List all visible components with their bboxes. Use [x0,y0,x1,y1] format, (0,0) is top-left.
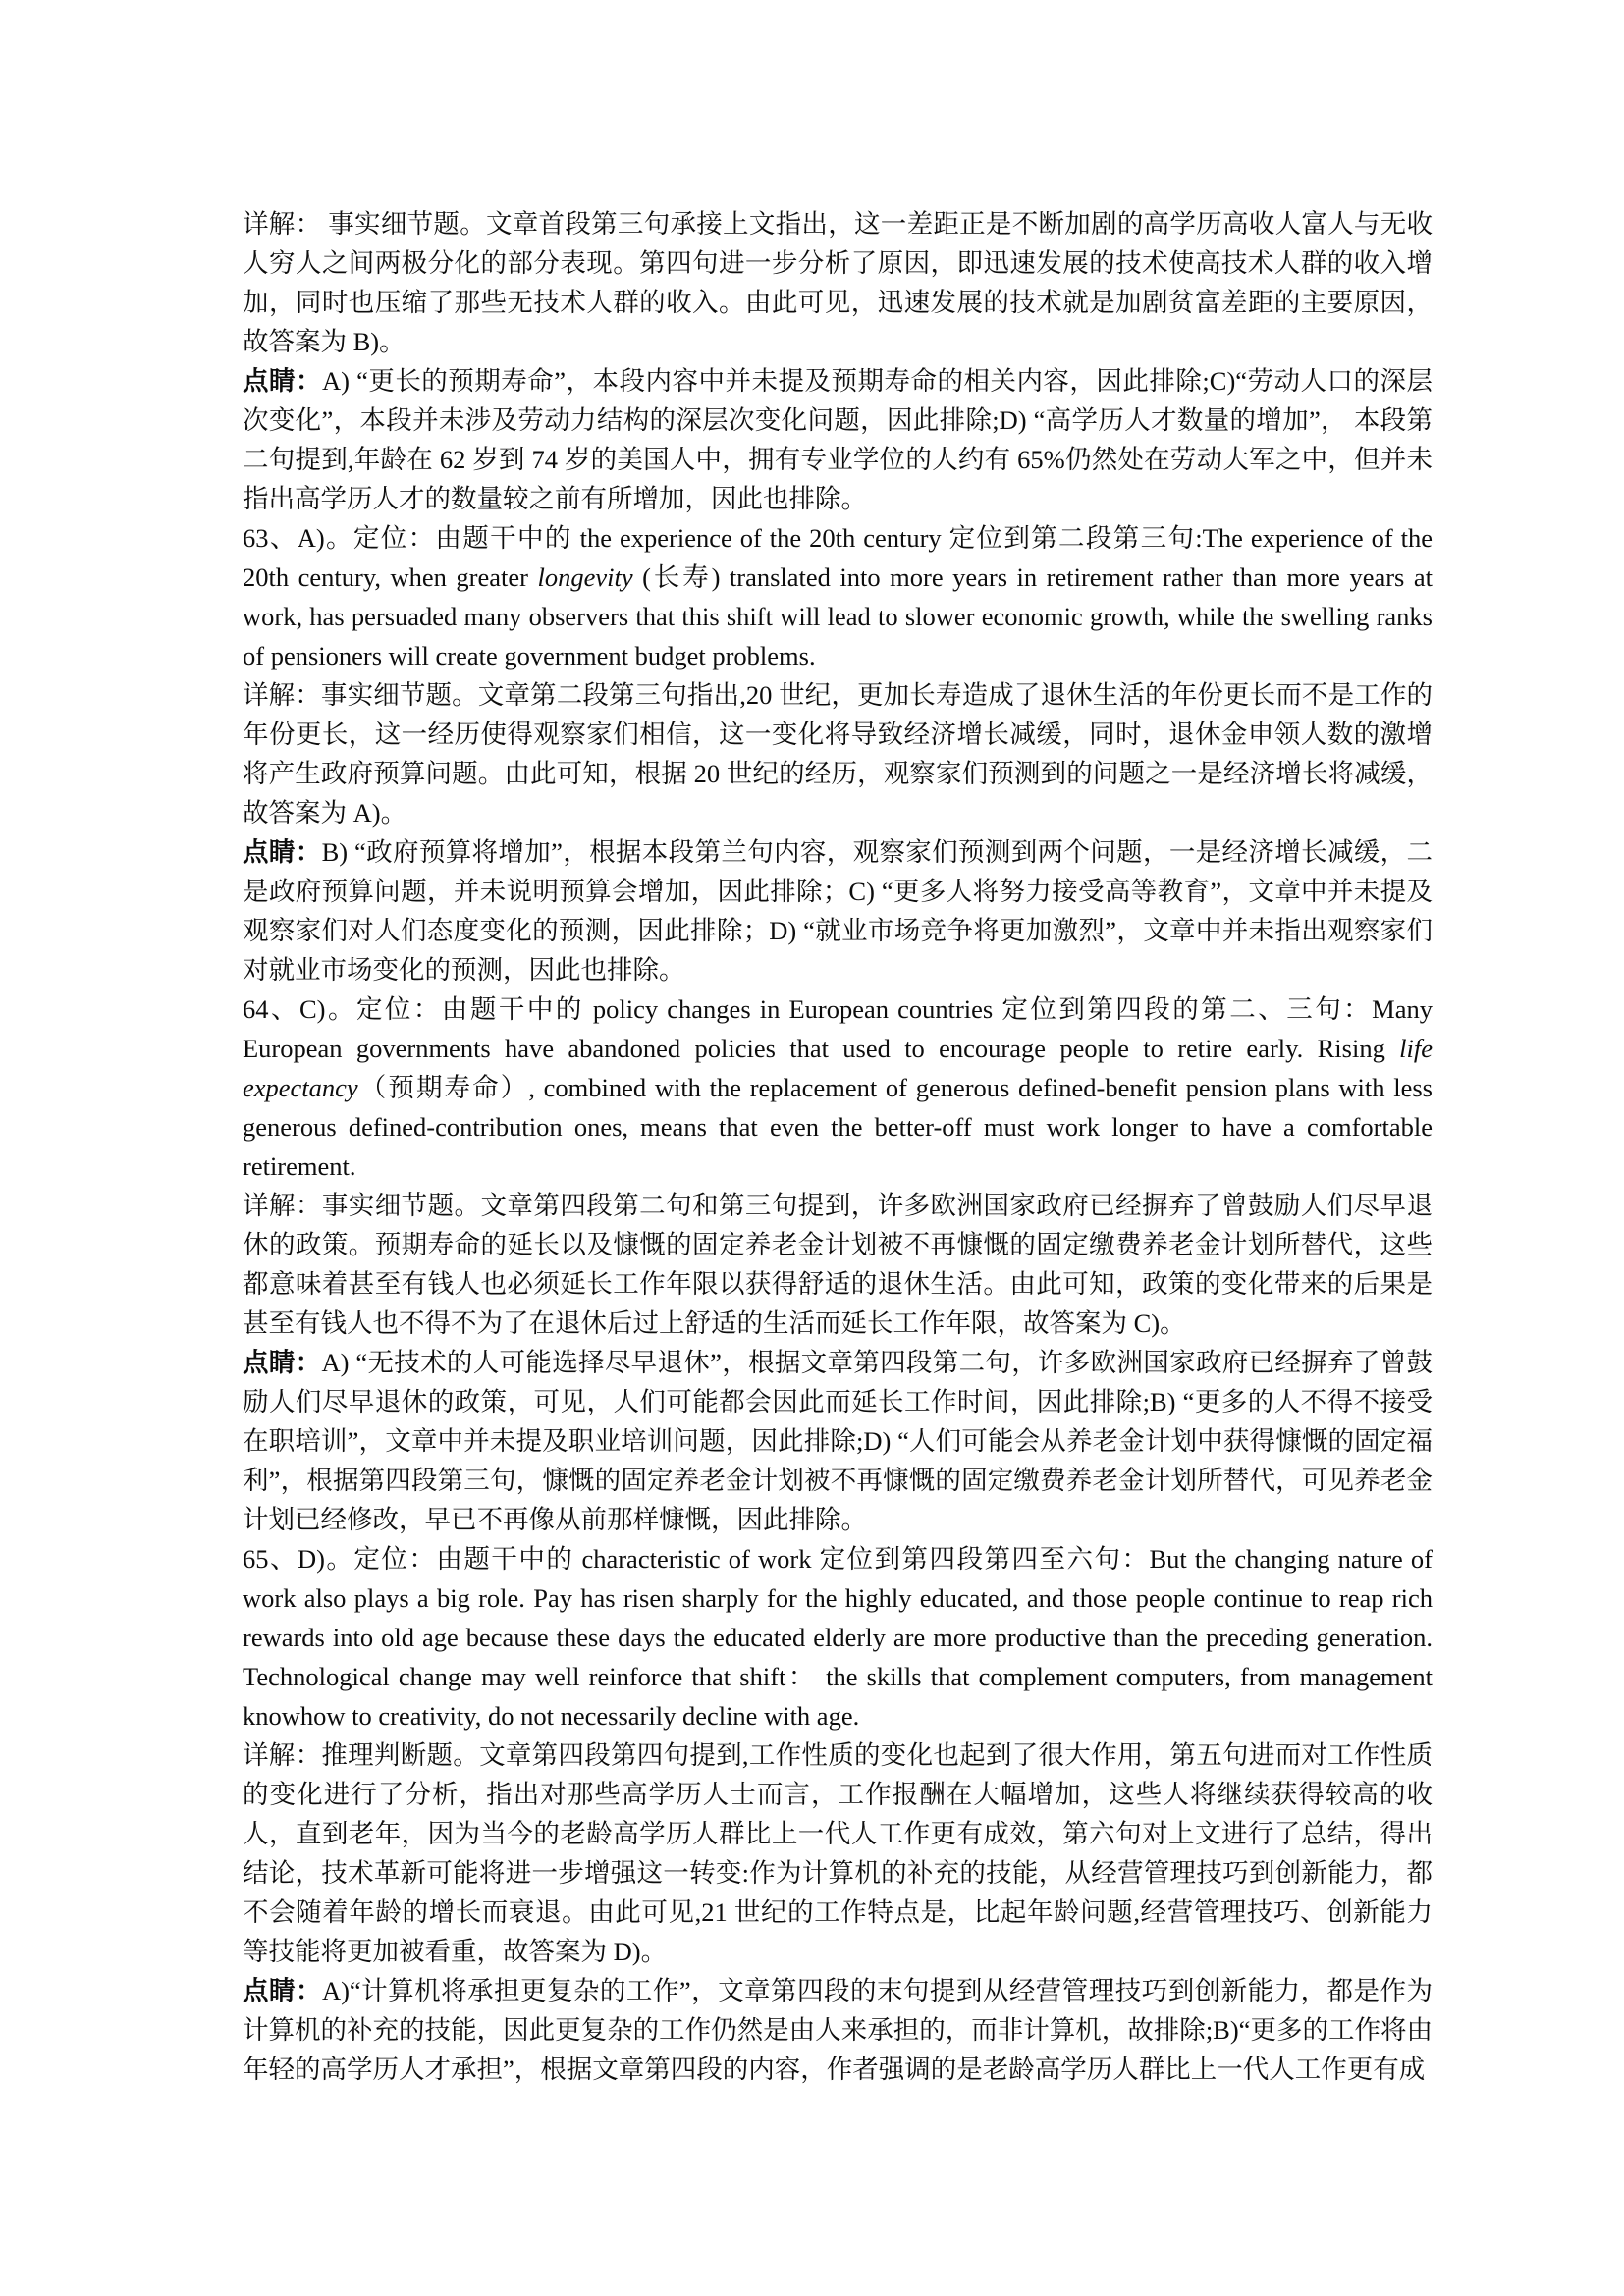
question-65-location: 65、D)。定位：由题干中的 characteristic of work 定位… [243,1539,1433,1735]
text-run: 65、D)。定位：由题干中的 characteristic of work 定位… [243,1544,1433,1731]
question-63-location: 63、A)。定位：由题干中的 the experience of the 20t… [243,518,1433,675]
italic-text-run: longevity [537,562,632,592]
text-run: （预期寿命）, combined with the replacement of… [243,1073,1433,1181]
explanation-63-dianjing: 点睛：B) “政府预算将增加”，根据本段第兰句内容，观察家们预测到两个问题，一是… [243,832,1433,989]
bold-text-run: 点睛： [243,1976,322,2005]
explanation-62-dianjing: 点睛：A) “更长的预期寿命”，本段内容中并未提及预期寿命的相关内容，因此排除;… [243,361,1433,518]
question-64-location: 64、C)。定位：由题干中的 policy changes in Europea… [243,989,1433,1186]
bold-text-run: 点睛： [243,366,322,396]
text-run: B) “政府预算将增加”，根据本段第兰句内容，观察家们预测到两个问题，一是经济增… [243,837,1433,985]
text-run: A) “更长的预期寿命”，本段内容中并未提及预期寿命的相关内容，因此排除;C)“… [243,366,1433,513]
text-run: 详解： 事实细节题。文章首段第三句承接上文指出，这一差距正是不断加剧的高学历高收… [243,209,1433,356]
text-run: A) “无技术的人可能选择尽早退休”，根据文章第四段第二句，许多欧洲国家政府已经… [243,1348,1433,1534]
explanation-62-xiangjie: 详解： 事实细节题。文章首段第三句承接上文指出，这一差距正是不断加剧的高学历高收… [243,204,1433,361]
explanation-63-xiangjie: 详解：事实细节题。文章第二段第三句指出,20 世纪，更加长寿造成了退休生活的年份… [243,675,1433,832]
text-run: 详解：事实细节题。文章第二段第三句指出,20 世纪，更加长寿造成了退休生活的年份… [243,680,1433,828]
explanation-64-xiangjie: 详解：事实细节题。文章第四段第二句和第三句提到，许多欧洲国家政府已经摒弃了曾鼓励… [243,1186,1433,1343]
document-body: 详解： 事实细节题。文章首段第三句承接上文指出，这一差距正是不断加剧的高学历高收… [243,204,1433,2089]
document-page: 详解： 事实细节题。文章首段第三句承接上文指出，这一差距正是不断加剧的高学历高收… [0,0,1624,2296]
text-run: A)“计算机将承担更复杂的工作”，文章第四段的末句提到从经营管理技巧到创新能力，… [243,1976,1433,2084]
bold-text-run: 点睛： [243,1348,321,1377]
explanation-65-xiangjie: 详解：推理判断题。文章第四段第四句提到,工作性质的变化也起到了很大作用，第五句进… [243,1735,1433,1971]
text-run: 详解：推理判断题。文章第四段第四句提到,工作性质的变化也起到了很大作用，第五句进… [243,1740,1433,1966]
explanation-64-dianjing: 点睛：A) “无技术的人可能选择尽早退休”，根据文章第四段第二句，许多欧洲国家政… [243,1343,1433,1539]
bold-text-run: 点睛： [243,837,322,867]
text-run: 64、C)。定位：由题干中的 policy changes in Europea… [243,994,1433,1063]
explanation-65-dianjing: 点睛：A)“计算机将承担更复杂的工作”，文章第四段的末句提到从经营管理技巧到创新… [243,1971,1433,2089]
text-run: 详解：事实细节题。文章第四段第二句和第三句提到，许多欧洲国家政府已经摒弃了曾鼓励… [243,1191,1433,1338]
